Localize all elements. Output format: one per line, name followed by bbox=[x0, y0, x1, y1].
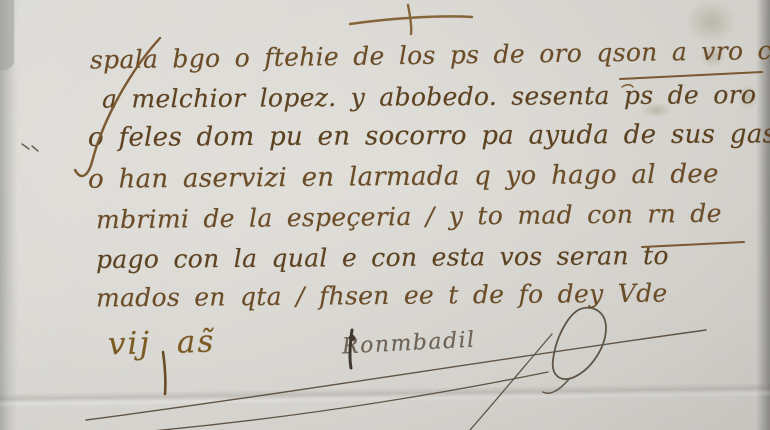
manuscript-line: a melchior lopez. y abobedo. sesenta ps … bbox=[102, 79, 770, 113]
manuscript-line: o han aservizi en larmada q yo hago al d… bbox=[88, 159, 719, 195]
manuscript-photo: spala bgo o ftehie de los ps de oro qson… bbox=[0, 0, 770, 430]
manuscript-line: pago con la qual e con esta vos seran to bbox=[96, 241, 669, 274]
manuscript-line: mados en qta / fhsen ee t de fo dey Vde bbox=[96, 279, 668, 313]
closing-dateline: vij as̃ bbox=[108, 324, 216, 363]
manuscript-line: o feles dom pu en socorro pa ayuda de su… bbox=[88, 119, 770, 153]
